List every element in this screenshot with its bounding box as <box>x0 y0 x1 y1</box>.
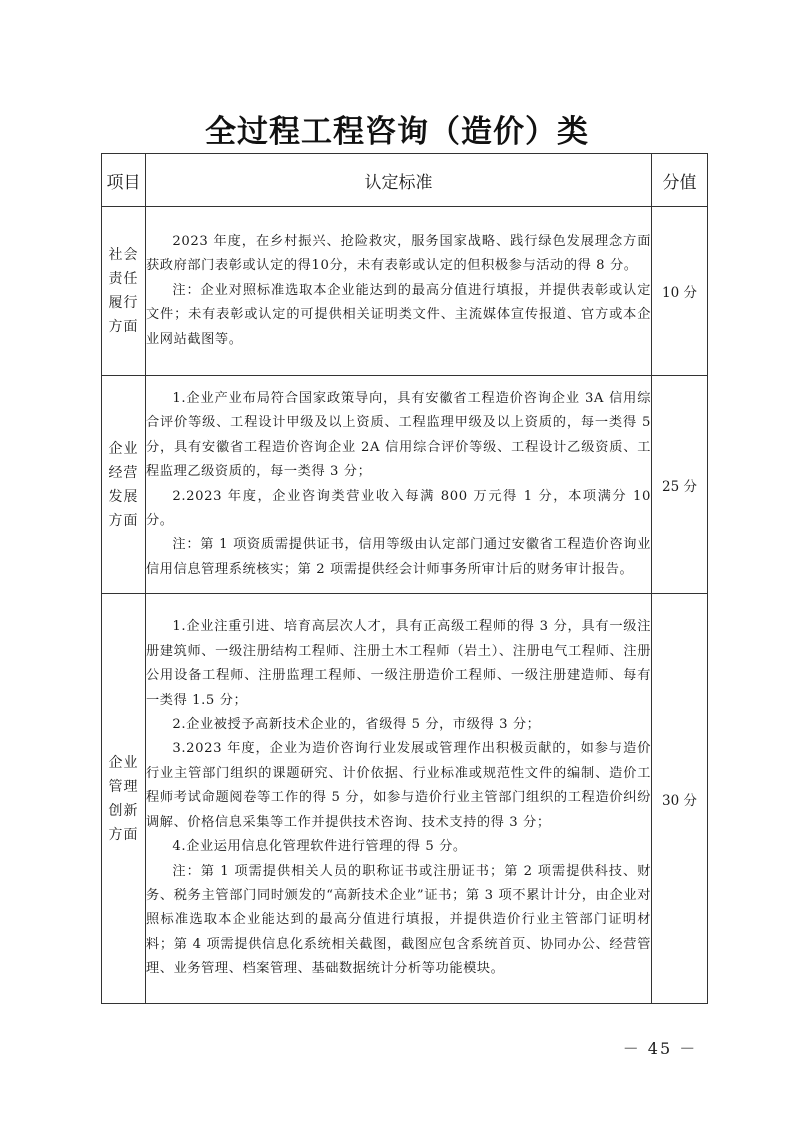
criteria-cell: 1.企业注重引进、培育高层次人才，具有正高级工程师的得 3 分，具有一级注册建筑… <box>146 594 652 1004</box>
score-cell: 10 分 <box>652 207 708 376</box>
criteria-paragraph: 2023 年度，在乡村振兴、抢险救灾，服务国家战略、践行绿色发展理念方面获政府部… <box>146 230 651 279</box>
page-title: 全过程工程咨询（造价）类 <box>0 112 794 152</box>
item-label: 发展 <box>102 485 145 509</box>
header-score: 分值 <box>652 154 708 207</box>
item-cell: 社会 责任 履行 方面 <box>102 207 146 376</box>
criteria-paragraph: 2.2023 年度，企业咨询类营业收入每满 800 万元得 1 分，本项满分 1… <box>146 485 651 534</box>
item-label: 企业 <box>102 751 145 775</box>
criteria-table: 项目 认定标准 分值 社会 责任 履行 方面 2023 年度，在乡村振兴、抢险救… <box>101 153 708 1004</box>
table-row: 企业 管理 创新 方面 1.企业注重引进、培育高层次人才，具有正高级工程师的得 … <box>102 594 708 1004</box>
criteria-paragraph: 4.企业运用信息化管理软件进行管理的得 5 分。 <box>146 835 651 859</box>
item-label: 责任 <box>102 267 145 291</box>
item-label: 方面 <box>102 509 145 533</box>
item-label: 企业 <box>102 437 145 461</box>
header-criteria: 认定标准 <box>146 154 652 207</box>
item-cell: 企业 经营 发展 方面 <box>102 376 146 594</box>
item-label: 方面 <box>102 315 145 339</box>
table-row: 企业 经营 发展 方面 1.企业产业布局符合国家政策导向，具有安徽省工程造价咨询… <box>102 376 708 594</box>
criteria-note: 注：第 1 项资质需提供证书，信用等级由认定部门通过安徽省工程造价咨询业信用信息… <box>146 533 651 582</box>
criteria-paragraph: 1.企业产业布局符合国家政策导向，具有安徽省工程造价咨询企业 3A 信用综合评价… <box>146 387 651 485</box>
item-label: 方面 <box>102 823 145 847</box>
header-item: 项目 <box>102 154 146 207</box>
page-number: － 45 － <box>0 1036 794 1059</box>
score-cell: 30 分 <box>652 594 708 1004</box>
criteria-paragraph: 3.2023 年度，企业为造价咨询行业发展或管理作出积极贡献的，如参与造价行业主… <box>146 737 651 835</box>
criteria-paragraph: 1.企业注重引进、培育高层次人才，具有正高级工程师的得 3 分，具有一级注册建筑… <box>146 615 651 713</box>
table-row: 社会 责任 履行 方面 2023 年度，在乡村振兴、抢险救灾，服务国家战略、践行… <box>102 207 708 376</box>
item-label: 社会 <box>102 243 145 267</box>
item-label: 履行 <box>102 291 145 315</box>
item-label: 创新 <box>102 799 145 823</box>
item-label: 经营 <box>102 461 145 485</box>
item-label: 管理 <box>102 775 145 799</box>
criteria-paragraph: 2.企业被授予高新技术企业的，省级得 5 分，市级得 3 分； <box>146 713 651 737</box>
criteria-note: 注：第 1 项需提供相关人员的职称证书或注册证书；第 2 项需提供科技、财务、税… <box>146 860 651 982</box>
criteria-note: 注：企业对照标准选取本企业能达到的最高分值进行填报，并提供表彰或认定文件；未有表… <box>146 279 651 352</box>
criteria-cell: 1.企业产业布局符合国家政策导向，具有安徽省工程造价咨询企业 3A 信用综合评价… <box>146 376 652 594</box>
item-cell: 企业 管理 创新 方面 <box>102 594 146 1004</box>
table-header-row: 项目 认定标准 分值 <box>102 154 708 207</box>
criteria-cell: 2023 年度，在乡村振兴、抢险救灾，服务国家战略、践行绿色发展理念方面获政府部… <box>146 207 652 376</box>
score-cell: 25 分 <box>652 376 708 594</box>
